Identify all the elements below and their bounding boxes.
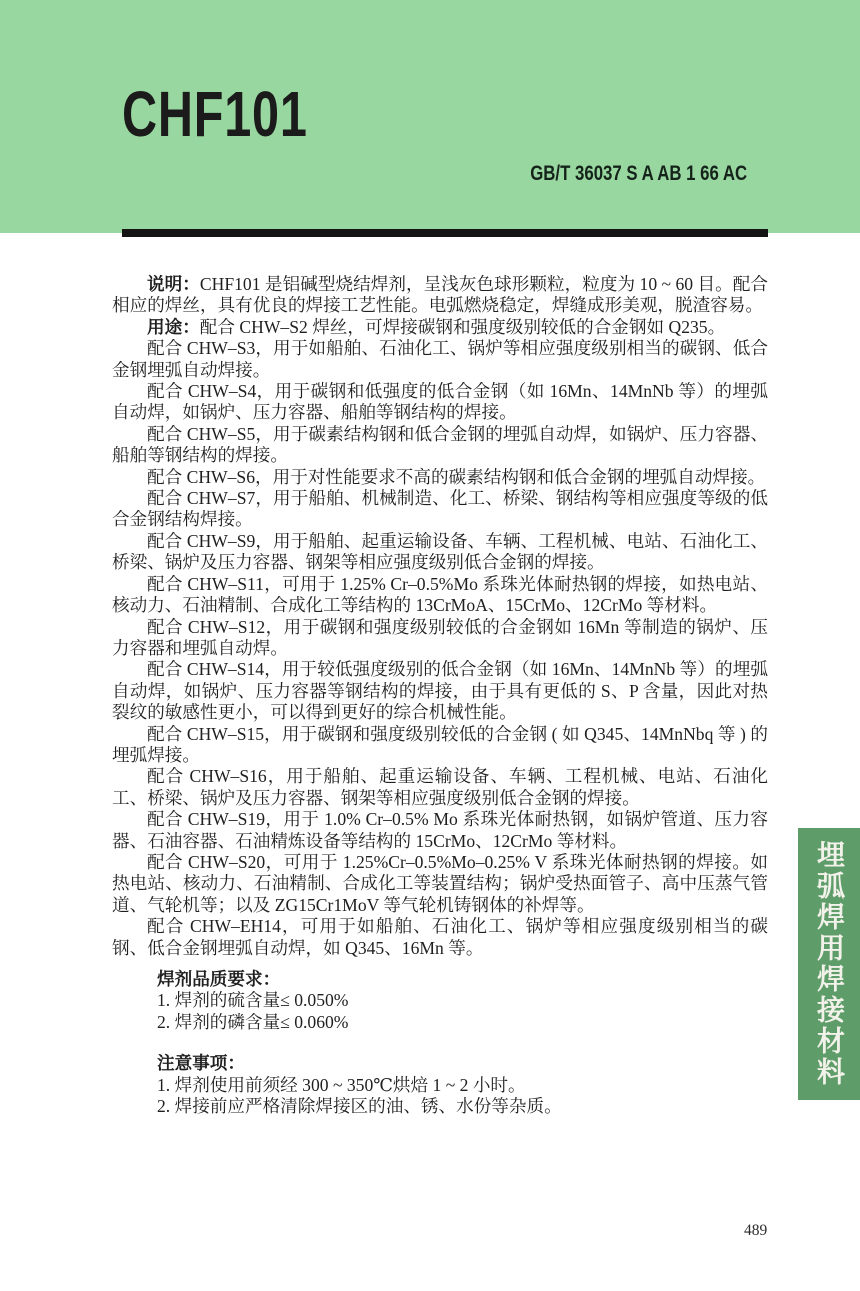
body-paragraph: 配合 CHW–S12，用于碳钢和强度级别较低的合金钢如 16Mn 等制造的锅炉、… (112, 617, 768, 660)
body-paragraph: 配合 CHW–EH14，可用于如船舶、石油化工、锅炉等相应强度级别相当的碳钢、低… (112, 916, 768, 959)
paragraph-text: 配合 CHW–S15，用于碳钢和强度级别较低的合金钢 ( 如 Q345、14Mn… (112, 724, 768, 765)
quality-item: 2. 焊剂的磷含量≤ 0.060% (157, 1012, 768, 1033)
paragraph-text: 配合 CHW–S5，用于碳素结构钢和低合金钢的埋弧自动焊，如锅炉、压力容器、船舶… (112, 424, 768, 465)
paragraph-text: 配合 CHW–S16，用于船舶、起重运输设备、车辆、工程机械、电站、石油化工、桥… (112, 766, 768, 807)
paragraph-text: 配合 CHW–S19，用于 1.0% Cr–0.5% Mo 系珠光体耐热钢，如锅… (112, 809, 768, 850)
quality-heading: 焊剂品质要求： (157, 969, 768, 990)
notes-section: 注意事项： 1. 焊剂使用前须经 300 ~ 350℃烘焙 1 ~ 2 小时。 … (157, 1053, 768, 1117)
paragraph-text: 配合 CHW–S14，用于较低强度级别的低合金钢（如 16Mn、14MnNb 等… (112, 659, 768, 722)
page-title: CHF101 (122, 82, 308, 146)
body-paragraph: 配合 CHW–S11，可用于 1.25% Cr–0.5%Mo 系珠光体耐热钢的焊… (112, 574, 768, 617)
paragraph-text: 配合 CHW–S20，可用于 1.25%Cr–0.5%Mo–0.25% V 系珠… (112, 852, 768, 915)
note-item: 1. 焊剂使用前须经 300 ~ 350℃烘焙 1 ~ 2 小时。 (157, 1075, 768, 1096)
paragraph-text: CHF101 是铝碱型烧结焊剂，呈浅灰色球形颗粒，粒度为 10 ~ 60 目。配… (112, 274, 768, 315)
body-paragraph: 配合 CHW–S15，用于碳钢和强度级别较低的合金钢 ( 如 Q345、14Mn… (112, 724, 768, 767)
paragraph-label: 用途： (147, 317, 200, 337)
header-banner: CHF101 GB/T 36037 S A AB 1 66 AC (0, 0, 860, 233)
note-item-list: 1. 焊剂使用前须经 300 ~ 350℃烘焙 1 ~ 2 小时。 2. 焊接前… (157, 1075, 768, 1118)
page-number: 489 (744, 1222, 767, 1240)
body-paragraph: 配合 CHW–S20，可用于 1.25%Cr–0.5%Mo–0.25% V 系珠… (112, 852, 768, 916)
paragraph-text: 配合 CHW–S6，用于对性能要求不高的碳素结构钢和低合金钢的埋弧自动焊接。 (147, 467, 765, 487)
body-paragraph: 说明：CHF101 是铝碱型烧结焊剂，呈浅灰色球形颗粒，粒度为 10 ~ 60 … (112, 274, 768, 317)
body-content: 说明：CHF101 是铝碱型烧结焊剂，呈浅灰色球形颗粒，粒度为 10 ~ 60 … (112, 274, 768, 1117)
paragraph-text: 配合 CHW–EH14，可用于如船舶、石油化工、锅炉等相应强度级别相当的碳钢、低… (112, 916, 768, 957)
body-paragraph: 配合 CHW–S5，用于碳素结构钢和低合金钢的埋弧自动焊，如锅炉、压力容器、船舶… (112, 424, 768, 467)
body-paragraph: 配合 CHW–S19，用于 1.0% Cr–0.5% Mo 系珠光体耐热钢，如锅… (112, 809, 768, 852)
paragraph-text: 配合 CHW–S3，用于如船舶、石油化工、锅炉等相应强度级别相当的碳钢、低合金钢… (112, 338, 768, 379)
paragraph-text: 配合 CHW–S4，用于碳钢和低强度的低合金钢（如 16Mn、14MnNb 等）… (112, 381, 768, 422)
body-paragraph: 配合 CHW–S16，用于船舶、起重运输设备、车辆、工程机械、电站、石油化工、桥… (112, 766, 768, 809)
quality-item-list: 1. 焊剂的硫含量≤ 0.050% 2. 焊剂的磷含量≤ 0.060% (157, 990, 768, 1033)
standard-code: GB/T 36037 S A AB 1 66 AC (530, 162, 747, 186)
paragraph-label: 说明： (147, 274, 200, 294)
divider-rule (122, 229, 768, 237)
body-paragraph: 配合 CHW–S6，用于对性能要求不高的碳素结构钢和低合金钢的埋弧自动焊接。 (112, 467, 768, 488)
paragraph-text: 配合 CHW–S7，用于船舶、机械制造、化工、桥梁、钢结构等相应强度等级的低合金… (112, 488, 768, 529)
body-paragraph: 配合 CHW–S14，用于较低强度级别的低合金钢（如 16Mn、14MnNb 等… (112, 659, 768, 723)
quality-item: 1. 焊剂的硫含量≤ 0.050% (157, 990, 768, 1011)
section-edge-tab-label: 埋弧焊用焊接材料 (809, 840, 849, 1088)
body-paragraph: 配合 CHW–S7，用于船舶、机械制造、化工、桥梁、钢结构等相应强度等级的低合金… (112, 488, 768, 531)
paragraph-list: 说明：CHF101 是铝碱型烧结焊剂，呈浅灰色球形颗粒，粒度为 10 ~ 60 … (112, 274, 768, 959)
body-paragraph: 配合 CHW–S4，用于碳钢和低强度的低合金钢（如 16Mn、14MnNb 等）… (112, 381, 768, 424)
quality-section: 焊剂品质要求： 1. 焊剂的硫含量≤ 0.050% 2. 焊剂的磷含量≤ 0.0… (157, 969, 768, 1033)
paragraph-text: 配合 CHW–S11，可用于 1.25% Cr–0.5%Mo 系珠光体耐热钢的焊… (112, 574, 768, 615)
paragraph-text: 配合 CHW–S12，用于碳钢和强度级别较低的合金钢如 16Mn 等制造的锅炉、… (112, 617, 768, 658)
note-item: 2. 焊接前应严格清除焊接区的油、锈、水份等杂质。 (157, 1096, 768, 1117)
paragraph-text: 配合 CHW–S9，用于船舶、起重运输设备、车辆、工程机械、电站、石油化工、桥梁… (112, 531, 768, 572)
body-paragraph: 配合 CHW–S3，用于如船舶、石油化工、锅炉等相应强度级别相当的碳钢、低合金钢… (112, 338, 768, 381)
notes-heading: 注意事项： (157, 1053, 768, 1074)
body-paragraph: 配合 CHW–S9，用于船舶、起重运输设备、车辆、工程机械、电站、石油化工、桥梁… (112, 531, 768, 574)
paragraph-text: 配合 CHW–S2 焊丝，可焊接碳钢和强度级别较低的合金钢如 Q235。 (200, 317, 725, 337)
body-paragraph: 用途：配合 CHW–S2 焊丝，可焊接碳钢和强度级别较低的合金钢如 Q235。 (112, 317, 768, 338)
section-edge-tab: 埋弧焊用焊接材料 (798, 828, 860, 1100)
